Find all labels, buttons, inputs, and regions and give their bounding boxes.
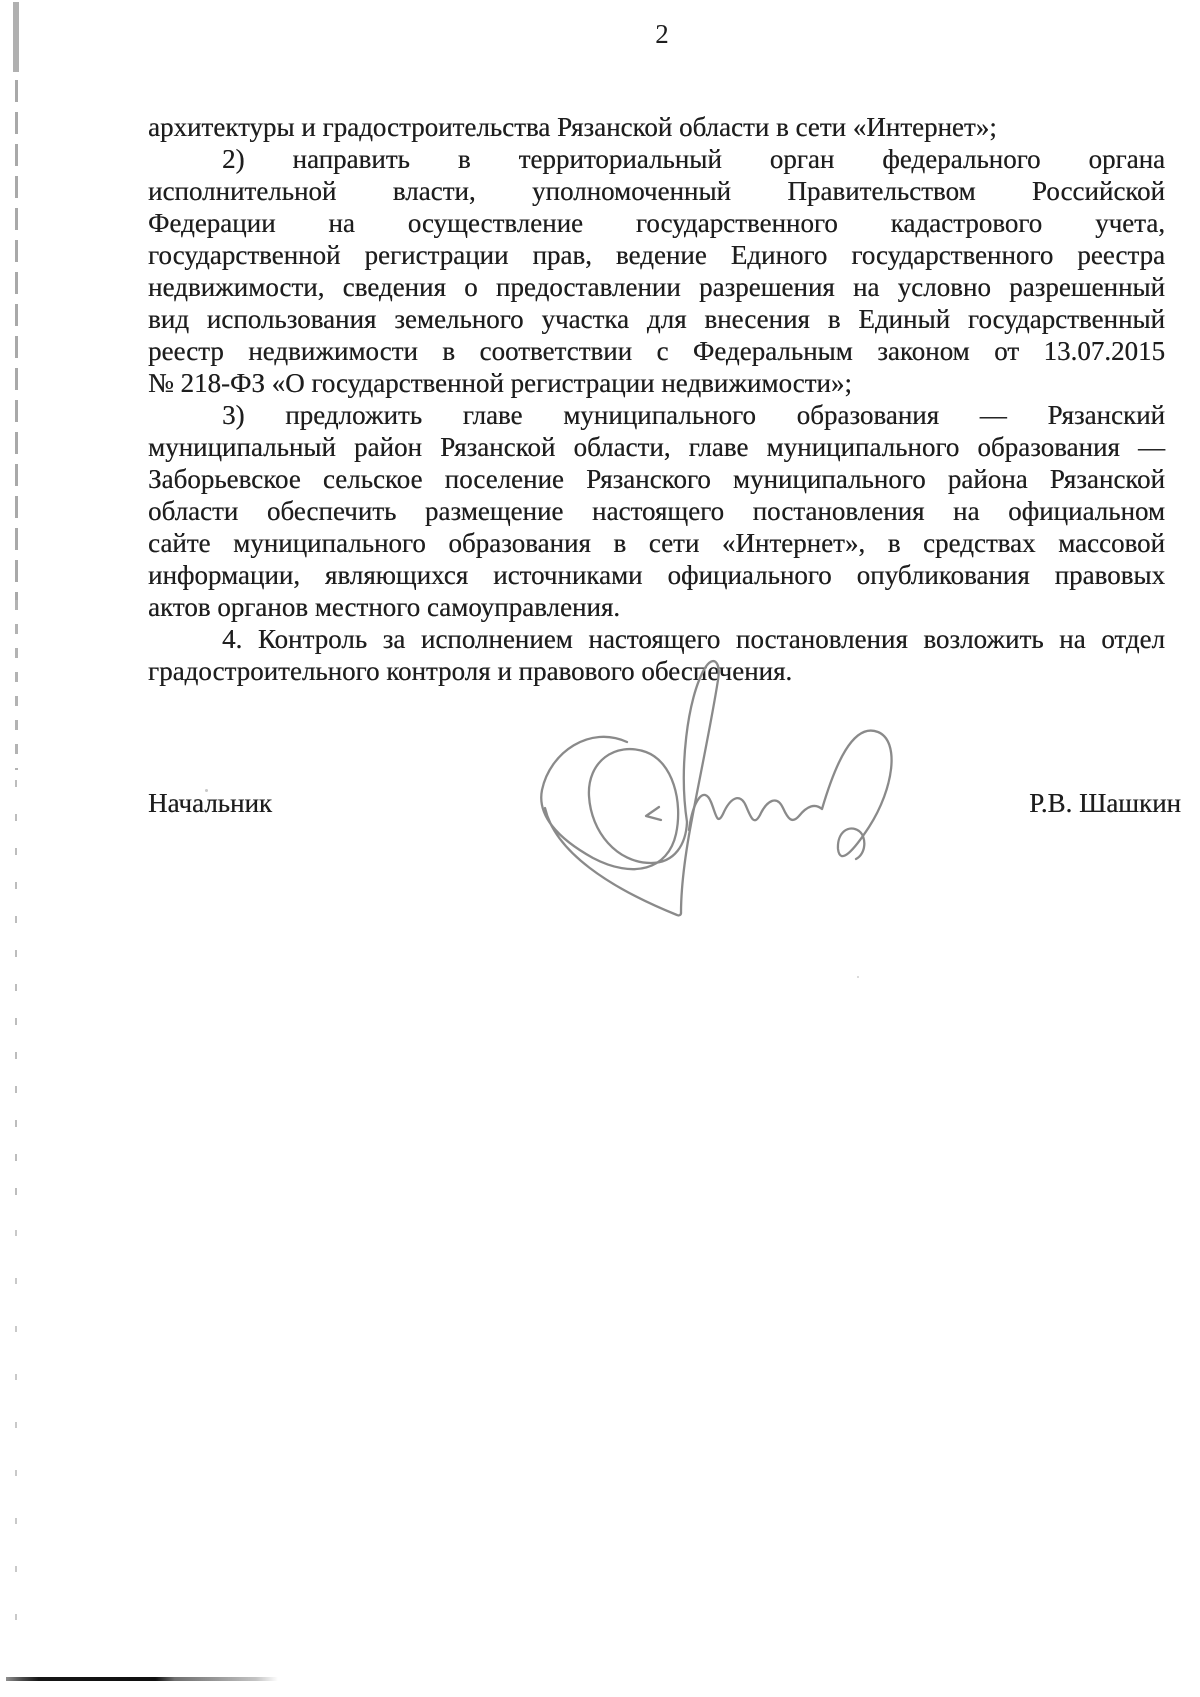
scan-edge-mark [13,2,19,72]
scan-edge-dashed-line [15,780,17,1210]
text-line: реестр недвижимости в соответствии с Фед… [148,335,1165,367]
text-line: градостроительного контроля и правового … [148,655,1165,687]
text-line: архитектуры и градостроительства Рязанск… [148,111,1165,143]
scan-edge-dashed-line [15,80,18,600]
text-line: государственной регистрации прав, ведени… [148,239,1165,271]
scanned-document-page: 2 архитектуры и градостроительства Рязан… [0,0,1200,1697]
signature-row: Начальник Р.В. Шашкин [148,787,1181,819]
text-line: недвижимости, сведения о предоставлении … [148,271,1165,303]
text-line: информации, являющихся источниками офици… [148,559,1165,591]
text-line: 3) предложить главе муниципального образ… [148,399,1165,431]
text-line: 2) направить в территориальный орган фед… [148,143,1165,175]
text-line: вид использования земельного участка для… [148,303,1165,335]
page-number: 2 [632,19,692,49]
scan-bottom-artifact-line [6,1677,278,1681]
scan-edge-dashed-line [15,600,18,770]
scan-edge-dashed-line [15,1230,17,1640]
text-line: № 218-ФЗ «О государственной регистрации … [148,367,1165,399]
text-line: Федерации на осуществление государственн… [148,207,1165,239]
text-line: области обеспечить размещение настоящего… [148,495,1165,527]
signatory-name: Р.В. Шашкин [1029,787,1181,819]
text-line: актов органов местного самоуправления. [148,591,1165,623]
signatory-title: Начальник [148,787,272,819]
text-line: сайте муниципального образования в сети … [148,527,1165,559]
signature-stroke-tail [545,808,681,915]
document-body: архитектуры и градостроительства Рязанск… [148,111,1165,687]
text-line: Заборьевское сельское поселение Рязанско… [148,463,1165,495]
text-line: муниципальный район Рязанской области, г… [148,431,1165,463]
text-line: исполнительной власти, уполномоченный Пр… [148,175,1165,207]
text-line: 4. Контроль за исполнением настоящего по… [148,623,1165,655]
scan-speck [857,976,859,978]
